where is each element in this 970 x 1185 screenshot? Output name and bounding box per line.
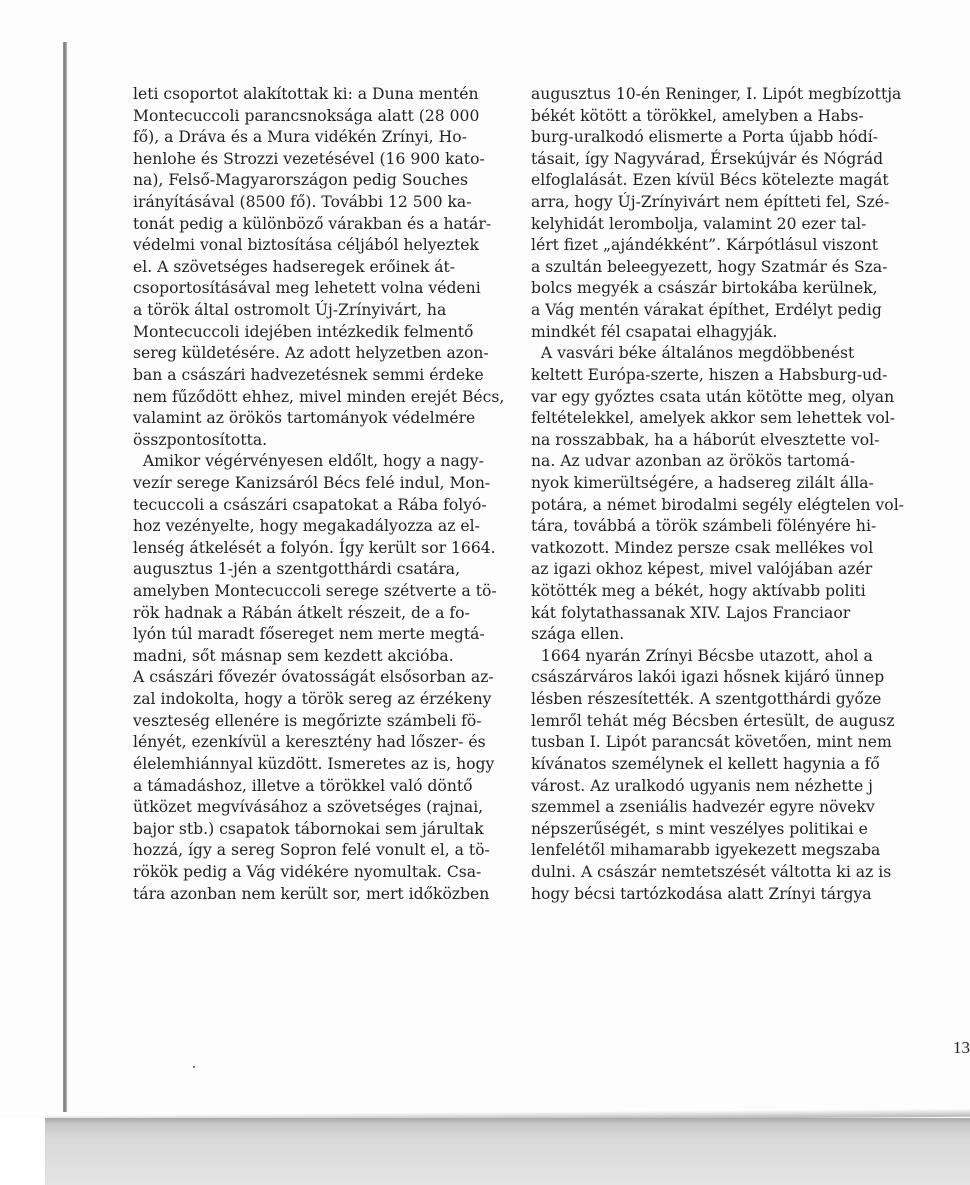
text-line: keltett Európa-szerte, hiszen a Habsburg… [531,365,970,387]
right-text-column: augusztus 10-én Reninger, I. Lipót megbí… [531,84,970,905]
text-line: összpontosította. [133,430,516,452]
text-line: Montecuccoli idejében intézkedik felment… [133,322,516,344]
text-line: lenfelétől mihamarabb igyekezett megszab… [531,840,970,862]
text-line: leti csoportot alakítottak ki: a Duna me… [133,84,516,106]
text-line: császárváros lakói igazi hősnek kijáró ü… [531,667,970,689]
text-line: szemmel a zseniális hadvezér egyre növek… [531,797,970,819]
text-line: hogy bécsi tartózkodása alatt Zrínyi tár… [531,884,970,906]
text-line: augusztus 10-én Reninger, I. Lipót megbí… [531,84,970,106]
text-line: na rosszabbak, ha a háborút elvesztette … [531,430,970,452]
text-line: tára azonban nem került sor, mert időköz… [133,884,516,906]
text-line: lényét, ezenkívül a keresztény had lősze… [133,732,516,754]
text-line: A császári fővezér óvatosságát elsősorba… [133,667,516,689]
text-line: kívánatos személynek el kellett hagynia … [531,754,970,776]
page-gutter-edge [63,42,67,1112]
text-line: nyok kimerültségére, a hadsereg zilált á… [531,473,970,495]
text-line: potára, a német birodalmi segély elégtel… [531,495,970,517]
text-line: kát folytathassanak XIV. Lajos Franciaor [531,603,970,625]
text-line: szága ellen. [531,624,970,646]
text-line: amelyben Montecuccoli serege szétverte a… [133,581,516,603]
left-text-column: leti csoportot alakítottak ki: a Duna me… [133,84,517,905]
text-line: na. Az udvar azonban az örökös tartomá- [531,451,970,473]
book-page: leti csoportot alakítottak ki: a Duna me… [0,0,970,1118]
text-line: hozzá, így a sereg Sopron felé vonult el… [133,840,516,862]
text-line: bolcs megyék a császár birtokába kerülne… [531,278,970,300]
text-line: nem fűződött ehhez, mivel minden erejét … [133,387,516,409]
text-line: bajor stb.) csapatok tábornokai sem járu… [133,819,516,841]
text-line: ban a császári hadvezetésnek semmi érdek… [133,365,516,387]
text-line: lemről tehát még Bécsben értesült, de au… [531,711,970,733]
text-line: veszteség ellenére is megőrizte számbeli… [133,711,516,733]
text-line: feltételekkel, amelyek akkor sem lehette… [531,408,970,430]
text-line: lenség átkelését a folyón. Így került so… [133,538,516,560]
text-line: csoportosításával meg lehetett volna véd… [133,278,516,300]
text-line: fő), a Dráva és a Mura vidékén Zrínyi, H… [133,127,516,149]
text-line: tásait, így Nagyvárad, Érsekújvár és Nóg… [531,149,970,171]
text-line: hoz vezényelte, hogy megakadályozza az e… [133,516,516,538]
text-line: tára, továbbá a török számbeli fölényére… [531,516,970,538]
text-line: 1664 nyarán Zrínyi Bécsbe utazott, ahol … [531,646,970,668]
text-line: na), Felső-Magyarországon pedig Souches [133,170,516,192]
text-line: augusztus 1-jén a szentgotthárdi csatára… [133,559,516,581]
page-number: 13 [953,1038,970,1058]
text-line: lyón túl maradt fősereget nem merte megt… [133,624,516,646]
text-line: várost. Az uralkodó ugyanis nem nézhette… [531,776,970,798]
text-line: vatkozott. Mindez persze csak mellékes v… [531,538,970,560]
text-line: mindkét fél csapatai elhagyják. [531,322,970,344]
text-line: var egy győztes csata után kötötte meg, … [531,387,970,409]
text-line: madni, sőt másnap sem kezdett akcióba. [133,646,516,668]
text-line: A vasvári béke általános megdöbbenést [531,343,970,365]
text-line: lésben részesítették. A szentgotthárdi g… [531,689,970,711]
text-line: kötötték meg a békét, hogy aktívabb poli… [531,581,970,603]
text-line: békét kötött a törökkel, amelyben a Habs… [531,106,970,128]
text-line: a szultán beleegyezett, hogy Szatmár és … [531,257,970,279]
text-line: henlohe és Strozzi vezetésével (16 900 k… [133,149,516,171]
text-line: el. A szövetséges hadseregek erőinek át- [133,257,516,279]
scan-margin [0,1118,45,1185]
text-line: zal indokolta, hogy a török sereg az érz… [133,689,516,711]
text-line: elfoglalását. Ezen kívül Bécs kötelezte … [531,170,970,192]
text-line: élelemhiánnyal küzdött. Ismeretes az is,… [133,754,516,776]
text-line: rökök pedig a Vág vidékére nyomultak. Cs… [133,862,516,884]
text-line: dulni. A császár nemtetszését váltotta k… [531,862,970,884]
text-line: Amikor végérvényesen eldőlt, hogy a nagy… [133,451,516,473]
text-line: tonát pedig a különböző várakban és a ha… [133,214,516,236]
text-line: a török által ostromolt Új-Zrínyivárt, h… [133,300,516,322]
text-line: védelmi vonal biztosítása céljából helye… [133,235,516,257]
text-line: tusban I. Lipót parancsát követően, mint… [531,732,970,754]
text-line: a Vág mentén várakat építhet, Erdélyt pe… [531,300,970,322]
scan-speck [193,1066,195,1068]
text-line: ütközet megvívásához a szövetséges (rajn… [133,797,516,819]
text-line: rök hadnak a Rábán átkelt részeit, de a … [133,603,516,625]
text-line: a támadáshoz, illetve a törökkel való dö… [133,776,516,798]
text-line: kelyhidát lerombolja, valamint 20 ezer t… [531,214,970,236]
text-line: lért fizet „ajándékként”. Kárpótlásul vi… [531,235,970,257]
text-line: népszerűségét, s mint veszélyes politika… [531,819,970,841]
text-line: valamint az örökös tartományok védelmére [133,408,516,430]
page-shadow-below [45,1118,970,1185]
text-line: Montecuccoli parancsnoksága alatt (28 00… [133,106,516,128]
text-line: sereg küldetésére. Az adott helyzetben a… [133,343,516,365]
text-line: vezír serege Kanizsáról Bécs felé indul,… [133,473,516,495]
text-line: burg-uralkodó elismerte a Porta újabb hó… [531,127,970,149]
text-line: az igazi okhoz képest, mivel valójában a… [531,559,970,581]
text-line: arra, hogy Új-Zrínyivárt nem építteti fe… [531,192,970,214]
text-line: tecuccoli a császári csapatokat a Rába f… [133,495,516,517]
text-line: irányításával (8500 fő). További 12 500 … [133,192,516,214]
